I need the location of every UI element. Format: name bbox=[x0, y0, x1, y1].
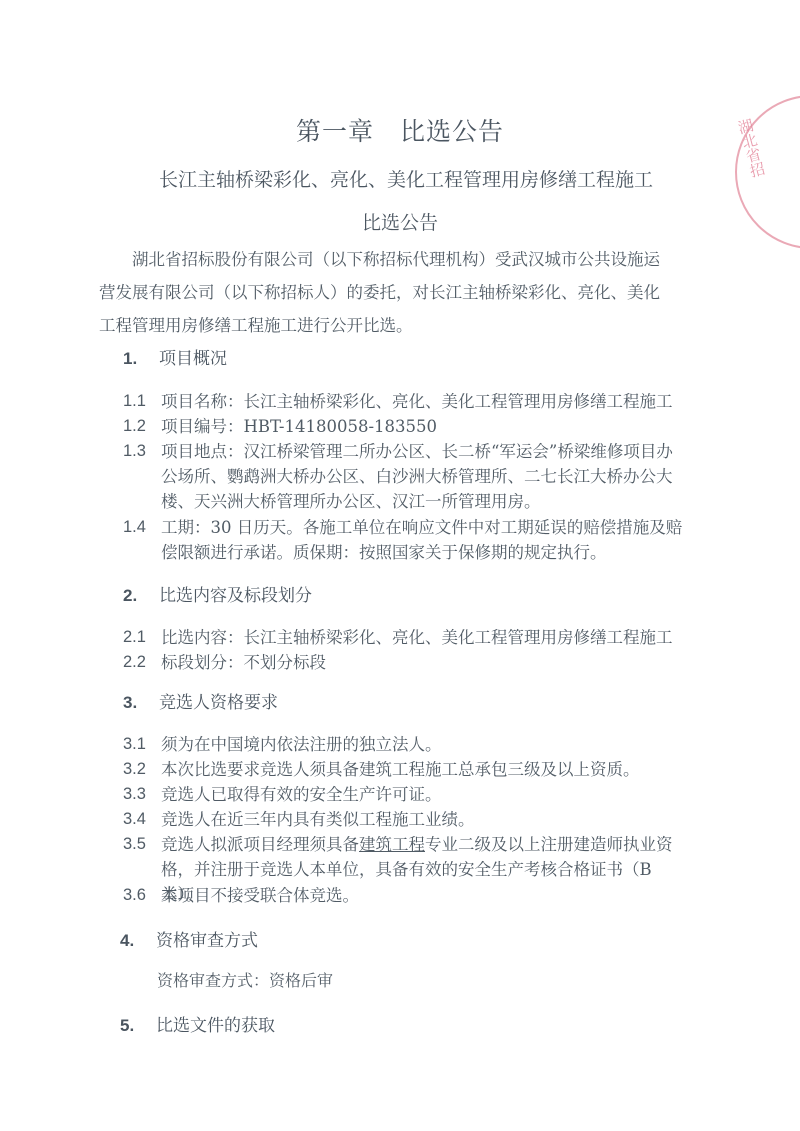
list-item-3-2: 3.2 本次比选要求竞选人须具备建筑工程施工总承包三级及以上资质。 bbox=[123, 757, 683, 782]
item-number: 2.2 bbox=[123, 650, 146, 675]
item-text: 竞选人在近三年内具有类似工程施工业绩。 bbox=[161, 807, 683, 832]
list-item-2-2: 2.2 标段划分：不划分标段 bbox=[123, 650, 683, 675]
qualification-review-text: 资格审查方式：资格后审 bbox=[157, 968, 333, 991]
section-heading-5: 5.比选文件的获取 bbox=[120, 1011, 275, 1036]
item-number: 2.1 bbox=[123, 625, 146, 650]
item-number: 1.3 bbox=[123, 439, 146, 464]
section-number: 4. bbox=[120, 931, 156, 951]
item-text: 本项目不接受联合体竞选。 bbox=[161, 883, 683, 908]
item-text: 工期：30 日历天。各施工单位在响应文件中对工期延误的赔偿措施及赔偿限额进行承诺… bbox=[161, 515, 683, 565]
item-text: 项目名称：长江主轴桥梁彩化、亮化、美化工程管理用房修缮工程施工 bbox=[161, 389, 683, 414]
section-title: 比选文件的获取 bbox=[156, 1016, 275, 1036]
section-title: 项目概况 bbox=[159, 349, 227, 369]
list-item-3-4: 3.4 竞选人在近三年内具有类似工程施工业绩。 bbox=[123, 807, 683, 832]
item-text: 比选内容：长江主轴桥梁彩化、亮化、美化工程管理用房修缮工程施工 bbox=[161, 625, 683, 650]
document-subtitle: 比选公告 bbox=[0, 208, 800, 235]
item-number: 1.1 bbox=[123, 389, 146, 414]
intro-paragraph: 湖北省招标股份有限公司（以下称招标代理机构）受武汉城市公共设施运营发展有限公司（… bbox=[99, 243, 669, 342]
item-number: 1.4 bbox=[123, 515, 146, 540]
item-text: 项目地点：汉江桥梁管理二所办公区、长二桥“军运会”桥梁维修项目办公场所、鹦鹉洲大… bbox=[161, 439, 683, 514]
chapter-title: 第一章 比选公告 bbox=[0, 112, 800, 148]
item-number: 3.4 bbox=[123, 807, 146, 832]
section-number: 3. bbox=[123, 693, 159, 713]
item-number: 3.2 bbox=[123, 757, 146, 782]
section-title: 比选内容及标段划分 bbox=[159, 586, 312, 606]
list-item-3-1: 3.1 须为在中国境内依法注册的独立法人。 bbox=[123, 732, 683, 757]
document-title: 长江主轴桥梁彩化、亮化、美化工程管理用房修缮工程施工 bbox=[0, 165, 800, 192]
item-number: 3.3 bbox=[123, 782, 146, 807]
list-item-1-3: 1.3 项目地点：汉江桥梁管理二所办公区、长二桥“军运会”桥梁维修项目办公场所、… bbox=[123, 439, 683, 514]
section-heading-2: 2.比选内容及标段划分 bbox=[123, 581, 312, 606]
item-text: 竞选人已取得有效的安全生产许可证。 bbox=[161, 782, 683, 807]
item-number: 3.1 bbox=[123, 732, 146, 757]
section-title: 竞选人资格要求 bbox=[159, 693, 278, 713]
item-number: 3.5 bbox=[123, 832, 146, 857]
section-title: 资格审查方式 bbox=[156, 931, 258, 951]
item-number: 3.6 bbox=[123, 883, 146, 908]
list-item-1-4: 1.4 工期：30 日历天。各施工单位在响应文件中对工期延误的赔偿措施及赔偿限额… bbox=[123, 515, 683, 565]
item-text-underlined: 建筑工程 bbox=[359, 835, 425, 854]
list-item-3-3: 3.3 竞选人已取得有效的安全生产许可证。 bbox=[123, 782, 683, 807]
section-heading-4: 4.资格审查方式 bbox=[120, 926, 258, 951]
item-text: 项目编号：HBT-14180058-183550 bbox=[161, 414, 683, 439]
item-text: 标段划分：不划分标段 bbox=[161, 650, 683, 675]
item-text: 须为在中国境内依法注册的独立法人。 bbox=[161, 732, 683, 757]
section-number: 5. bbox=[120, 1016, 156, 1036]
item-number: 1.2 bbox=[123, 414, 146, 439]
section-heading-3: 3.竞选人资格要求 bbox=[123, 688, 278, 713]
section-number: 1. bbox=[123, 349, 159, 369]
list-item-2-1: 2.1 比选内容：长江主轴桥梁彩化、亮化、美化工程管理用房修缮工程施工 bbox=[123, 625, 683, 650]
item-text-before: 竞选人拟派项目经理须具备 bbox=[161, 835, 359, 854]
list-item-1-2: 1.2 项目编号：HBT-14180058-183550 bbox=[123, 414, 683, 439]
section-heading-1: 1.项目概况 bbox=[123, 344, 227, 369]
list-item-3-6: 3.6 本项目不接受联合体竞选。 bbox=[123, 883, 683, 908]
list-item-1-1: 1.1 项目名称：长江主轴桥梁彩化、亮化、美化工程管理用房修缮工程施工 bbox=[123, 389, 683, 414]
item-text: 本次比选要求竞选人须具备建筑工程施工总承包三级及以上资质。 bbox=[161, 757, 683, 782]
section-number: 2. bbox=[123, 586, 159, 606]
document-page: 湖北省招 第一章 比选公告 长江主轴桥梁彩化、亮化、美化工程管理用房修缮工程施工… bbox=[0, 0, 800, 1131]
